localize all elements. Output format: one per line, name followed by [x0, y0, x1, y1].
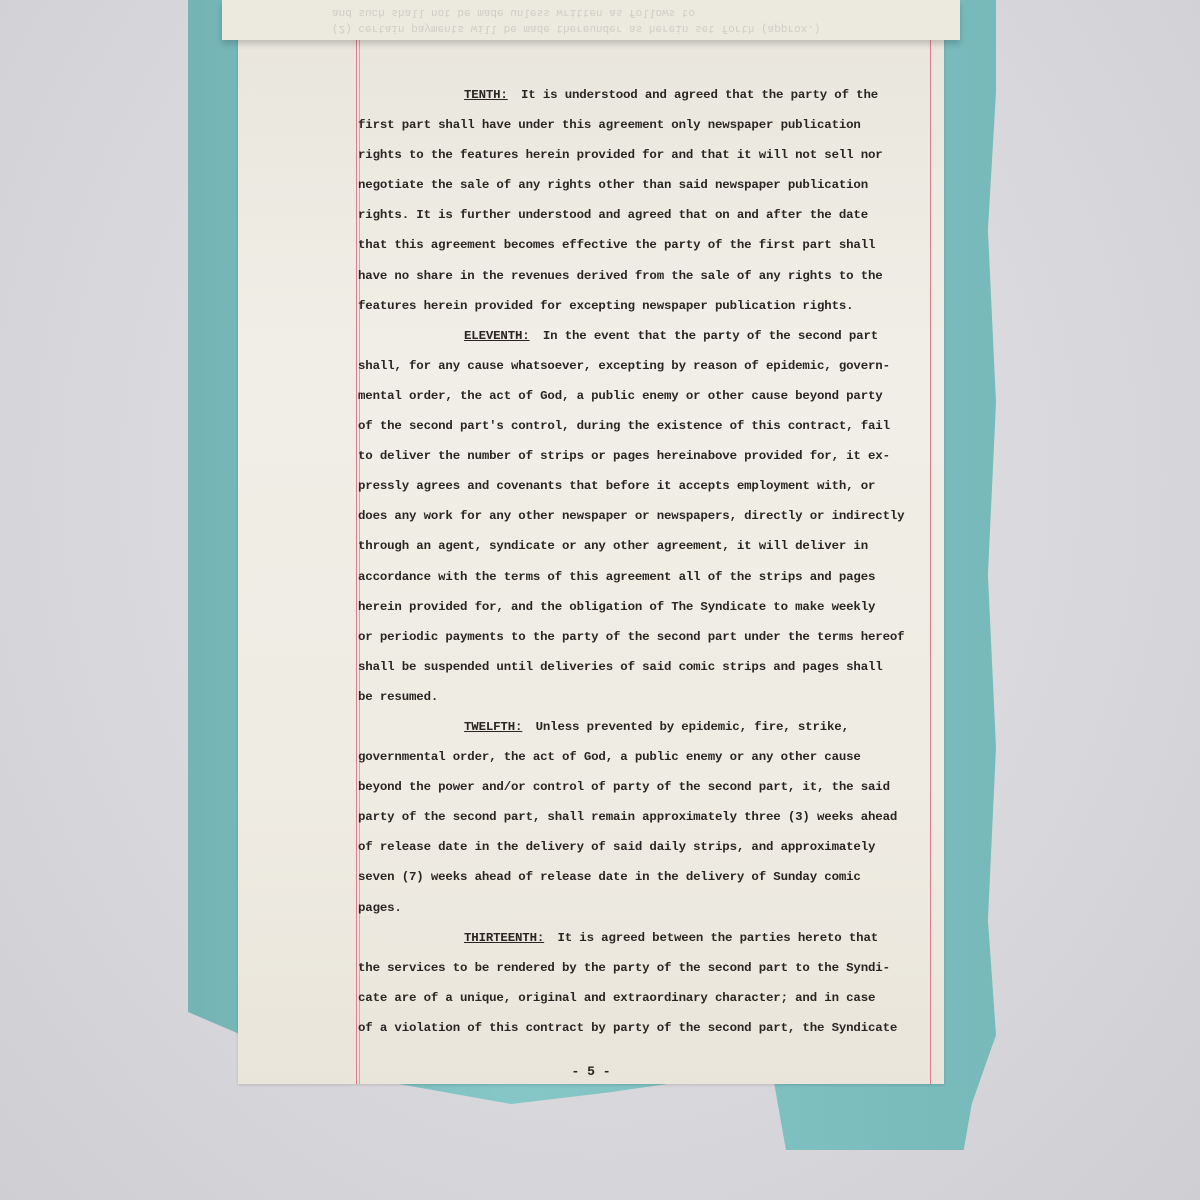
clause-line: shall, for any cause whatsoever, excepti… — [358, 351, 930, 381]
page-number: - 5 - — [238, 1064, 944, 1079]
clause-line: seven (7) weeks ahead of release date in… — [358, 862, 930, 892]
clause-heading-thirteenth: THIRTEENTH: — [464, 931, 544, 945]
clause-line: does any work for any other newspaper or… — [358, 501, 930, 531]
clause-line: be resumed. — [358, 682, 930, 712]
previous-page-bleedthrough-text: (2) certain payments will be made thereu… — [332, 4, 872, 36]
clause-line: cate are of a unique, original and extra… — [358, 983, 930, 1013]
typed-contract-page: TENTH: It is understood and agreed that … — [238, 34, 944, 1084]
folded-previous-page: (2) certain payments will be made thereu… — [222, 0, 960, 40]
clause-line: of a violation of this contract by party… — [358, 1013, 930, 1043]
clause-tenth-first-line: TENTH: It is understood and agreed that … — [358, 80, 930, 110]
clause-line: rights to the features herein provided f… — [358, 140, 930, 170]
clause-line: governmental order, the act of God, a pu… — [358, 742, 930, 772]
clause-line: mental order, the act of God, a public e… — [358, 381, 930, 411]
clause-line: shall be suspended until deliveries of s… — [358, 652, 930, 682]
clause-heading-tenth: TENTH: — [464, 88, 508, 102]
contract-body: TENTH: It is understood and agreed that … — [358, 80, 930, 1043]
clause-line: features herein provided for excepting n… — [358, 291, 930, 321]
clause-heading-twelfth: TWELFTH: — [464, 720, 522, 734]
clause-line: through an agent, syndicate or any other… — [358, 531, 930, 561]
clause-twelfth-first-line: TWELFTH: Unless prevented by epidemic, f… — [358, 712, 930, 742]
clause-line: first part shall have under this agreeme… — [358, 110, 930, 140]
left-margin-rule — [356, 34, 357, 1084]
clause-line: party of the second part, shall remain a… — [358, 802, 930, 832]
clause-line: to deliver the number of strips or pages… — [358, 441, 930, 471]
clause-line: or periodic payments to the party of the… — [358, 622, 930, 652]
clause-line: of the second part's control, during the… — [358, 411, 930, 441]
clause-line: that this agreement becomes effective th… — [358, 230, 930, 260]
clause-line: accordance with the terms of this agreem… — [358, 562, 930, 592]
clause-line: the services to be rendered by the party… — [358, 953, 930, 983]
clause-eleventh-first-line: ELEVENTH: In the event that the party of… — [358, 321, 930, 351]
clause-thirteenth-first-line: THIRTEENTH: It is agreed between the par… — [358, 923, 930, 953]
clause-line: of release date in the delivery of said … — [358, 832, 930, 862]
clause-line: pressly agrees and covenants that before… — [358, 471, 930, 501]
clause-heading-eleventh: ELEVENTH: — [464, 329, 530, 343]
clause-line: pages. — [358, 893, 930, 923]
clause-line: negotiate the sale of any rights other t… — [358, 170, 930, 200]
right-margin-rule — [930, 34, 931, 1084]
clause-line: have no share in the revenues derived fr… — [358, 261, 930, 291]
clause-line: beyond the power and/or control of party… — [358, 772, 930, 802]
clause-line: rights. It is further understood and agr… — [358, 200, 930, 230]
clause-line: herein provided for, and the obligation … — [358, 592, 930, 622]
